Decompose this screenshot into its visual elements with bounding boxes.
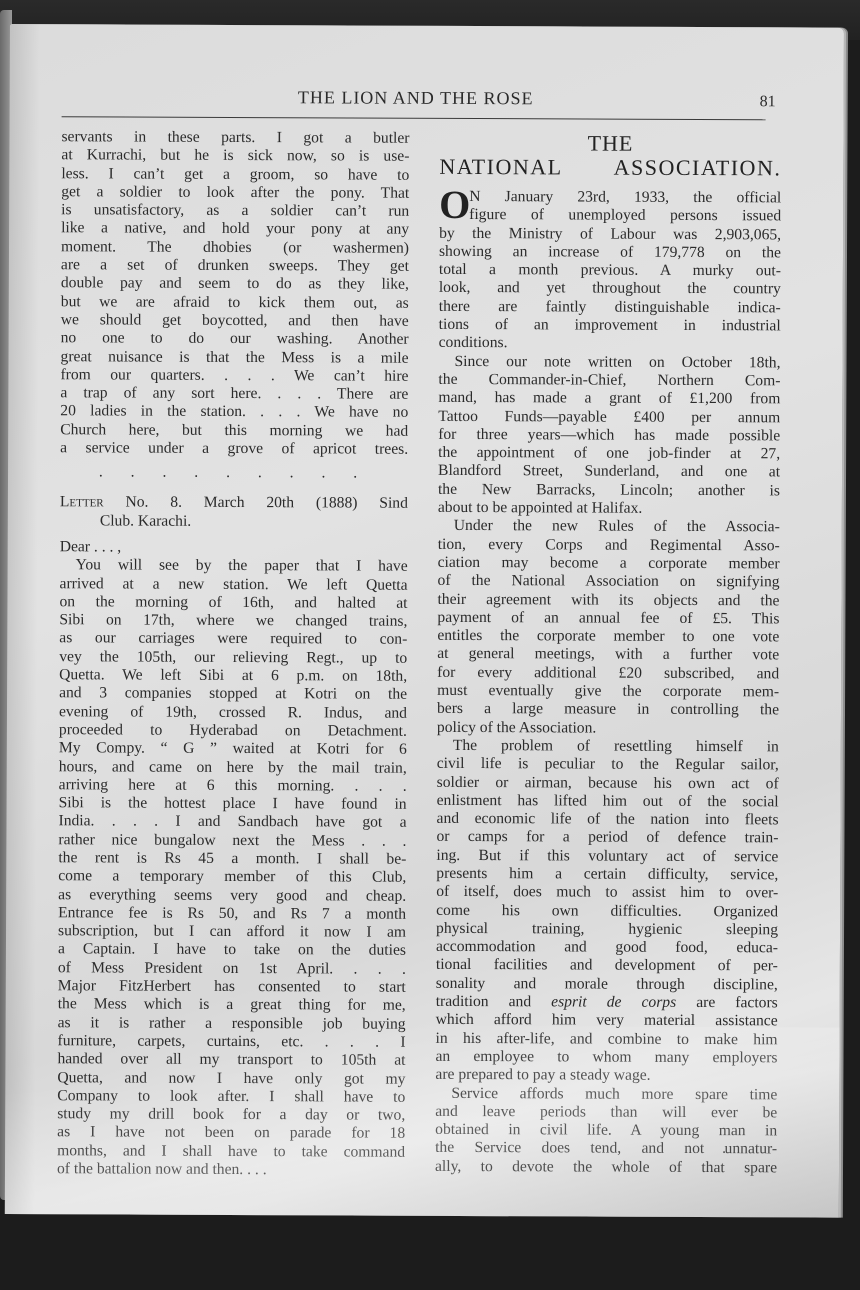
text-line: Since our note written on October 18th, bbox=[438, 353, 780, 373]
paragraph: Since our note written on October 18th, … bbox=[438, 353, 781, 519]
ink-speck bbox=[723, 1151, 725, 1153]
text-line: Church here, but this morning we had bbox=[60, 421, 408, 441]
page-number: 81 bbox=[760, 93, 776, 111]
text-line: Service affords much more spare time bbox=[435, 1084, 777, 1104]
text-line: from our quarters. . . . We can’t hire bbox=[60, 366, 408, 386]
text-line: their agreement with its objects and the bbox=[437, 590, 779, 610]
text-line: rather nice bungalow next the Mess . . . bbox=[58, 831, 406, 851]
text-line: arrived at a new station. We left Quetta bbox=[60, 575, 408, 595]
text-line: subscription, but I can afford it now I … bbox=[58, 922, 406, 942]
text-line: no one to do our washing. Another bbox=[61, 329, 409, 349]
article-title: THE NATIONAL ASSOCIATION. bbox=[439, 132, 781, 181]
text-line: Company to look after. I shall have to bbox=[57, 1087, 405, 1107]
text-line: physical training, hygienic sleeping bbox=[436, 920, 778, 940]
text-line: double pay and seem to do as they like, bbox=[61, 275, 409, 295]
letter-body-paragraph: You will see by the paper that I have ar… bbox=[57, 556, 408, 1180]
text-line: on the morning of 16th, and halted at bbox=[59, 593, 407, 613]
text-fragment: are factors bbox=[676, 994, 778, 1011]
text-line: figure of unemployed persons issued bbox=[439, 206, 781, 226]
text-line: a Captain. I have to take on the duties bbox=[58, 941, 406, 961]
text-line: but we are afraid to kick them out, as bbox=[61, 293, 409, 313]
text-line: handed over all my transport to 105th at bbox=[57, 1050, 405, 1070]
text-line: by the Ministry of Labour was 2,903,065, bbox=[439, 224, 781, 244]
letter-heading-line: Club. Karachi. bbox=[60, 512, 408, 532]
text-line: 20 ladies in the station. . . . We have … bbox=[60, 403, 408, 423]
text-line: as everything seems very good and cheap. bbox=[58, 886, 406, 906]
text-line: we should get boycotted, and then have bbox=[61, 311, 409, 331]
text-line: of Mess President on 1st April. . . . bbox=[58, 959, 406, 979]
text-line: come his own difficulties. Organized bbox=[436, 901, 778, 921]
magazine-page: THE LION AND THE ROSE 81 servants in the… bbox=[5, 24, 844, 1218]
text-line: at Kurrachi, but he is sick now, so is u… bbox=[61, 147, 409, 167]
text-fragment: tradition and bbox=[436, 993, 552, 1011]
text-line: of the National Association on signifyin… bbox=[438, 572, 780, 592]
text-line: come a temporary member of this Club, bbox=[58, 868, 406, 888]
text-line: mand, has made a grant of £1,200 from bbox=[438, 389, 780, 409]
text-line: policy of the Association. bbox=[437, 718, 779, 738]
text-line: ing. But if this voluntary act of servic… bbox=[436, 847, 778, 867]
text-line: look, and yet throughout the country bbox=[439, 279, 781, 299]
text-line: Sibi is the hottest place I have found i… bbox=[59, 794, 407, 814]
text-line: tional facilities and development of per… bbox=[436, 956, 778, 976]
text-line: are a set of drunken sweeps. They get bbox=[61, 256, 409, 276]
text-line: Entrance fee is Rs 50, and Rs 7 a month bbox=[58, 904, 406, 924]
text-line: moment. The dhobies (or washermen) bbox=[61, 238, 409, 258]
text-line: about to be appointed at Halifax. bbox=[438, 499, 780, 519]
text-line: less. I can’t get a groom, so have to bbox=[61, 165, 409, 185]
text-line: of itself, does much to assist him to ov… bbox=[436, 883, 778, 903]
text-line: obtained in civil life. A young man in bbox=[435, 1121, 777, 1141]
letter-continuation-paragraph: servants in these parts. I got a butler … bbox=[60, 128, 409, 459]
text-line: accommodation and good food, educa- bbox=[436, 938, 778, 958]
text-line: total a month previous. A murky out- bbox=[439, 261, 781, 281]
letter-heading: Letter No. 8. March 20th (1888) Sind Clu… bbox=[60, 494, 408, 532]
text-line: presents him a certain difficulty, servi… bbox=[436, 865, 778, 885]
text-line: get a soldier to look after the pony. Th… bbox=[61, 183, 409, 203]
text-line: hours, and came on here by the mail trai… bbox=[59, 758, 407, 778]
text-line: servants in these parts. I got a butler bbox=[61, 128, 409, 148]
text-line: an employee to whom many employers bbox=[435, 1048, 777, 1068]
text-line: months, and I shall have to take command bbox=[57, 1142, 405, 1162]
paragraph: Service affords much more spare time and… bbox=[435, 1084, 777, 1177]
article-title-line: THE bbox=[439, 132, 781, 155]
text-line: N January 23rd, 1933, the official bbox=[439, 188, 781, 208]
text-line: the Commander-in-Chief, Northern Com- bbox=[438, 371, 780, 391]
text-line: and leave periods than will ever be bbox=[435, 1103, 777, 1123]
text-line: a service under a grove of apricot trees… bbox=[60, 439, 408, 459]
text-line: payment of an annual fee of £5. This bbox=[437, 609, 779, 629]
text-line: Quetta, and now I have only got my bbox=[57, 1069, 405, 1089]
running-title: THE LION AND THE ROSE bbox=[62, 86, 770, 110]
text-line: showing an increase of 179,778 on the bbox=[439, 243, 781, 263]
letter-label: Letter bbox=[60, 494, 104, 511]
text-line: Tattoo Funds—payable £400 per annum bbox=[438, 407, 780, 427]
text-line: for every additional £20 subscribed, and bbox=[437, 664, 779, 684]
text-line: conditions. bbox=[439, 334, 781, 354]
text-line: at general meetings, with a further vote bbox=[437, 645, 779, 665]
text-line: ciation may become a corporate member bbox=[438, 554, 780, 574]
paragraph: Under the new Rules of the Associa- tion… bbox=[437, 517, 780, 738]
text-line: evening of 19th, crossed R. Indus, and bbox=[59, 703, 407, 723]
text-line: and 3 companies stopped at Kotri on the bbox=[59, 685, 407, 705]
text-line: India. . . . I and Sandbach have got a bbox=[58, 813, 406, 833]
text-line-with-italic: tradition and esprit de corps are factor… bbox=[436, 993, 778, 1013]
text-line: The problem of resettling himself in bbox=[437, 737, 779, 757]
text-line: tions of an improvement in industrial bbox=[439, 316, 781, 336]
drop-cap: O bbox=[439, 187, 470, 223]
text-line: bers a large measure in controlling the bbox=[437, 700, 779, 720]
text-line: civil life is peculiar to the Regular sa… bbox=[437, 755, 779, 775]
letter-heading-details: No. 8. March 20th (1888) Sind bbox=[104, 494, 408, 512]
salutation: Dear . . . , bbox=[60, 538, 408, 558]
text-line: vey the 105th, our relieving Regt., up t… bbox=[59, 648, 407, 668]
running-header: THE LION AND THE ROSE 81 bbox=[62, 86, 770, 115]
text-line: study my drill book for a day or two, bbox=[57, 1105, 405, 1125]
text-line: as it is rather a responsible job buying bbox=[58, 1014, 406, 1034]
text-line: there are faintly distinguishable indica… bbox=[439, 298, 781, 318]
article-title-line: NATIONAL ASSOCIATION. bbox=[439, 154, 781, 181]
text-line: You will see by the paper that I have bbox=[60, 556, 408, 576]
text-line: the appointment of one job-finder at 27, bbox=[438, 444, 780, 464]
text-line: Blandford Street, Sunderland, and one at bbox=[438, 462, 780, 482]
text-line: Quetta. We left Sibi at 6 p.m. on 18th, bbox=[59, 666, 407, 686]
text-line: are prepared to pay a steady wage. bbox=[435, 1066, 777, 1086]
text-line: sonality and morale through discipline, bbox=[436, 975, 778, 995]
text-line: a trap of any sort here. . . . There are bbox=[60, 384, 408, 404]
opening-paragraph: O N January 23rd, 1933, the official fig… bbox=[439, 188, 782, 354]
text-line: for three years—which has made possible bbox=[438, 426, 780, 446]
text-line: the rent is Rs 45 a month. I shall be- bbox=[58, 849, 406, 869]
text-line: in his after-life, and combine to make h… bbox=[436, 1030, 778, 1050]
text-line: My Compy. “ G ” waited at Kotri for 6 bbox=[59, 739, 407, 759]
text-line: of the battalion now and then. . . . bbox=[57, 1160, 405, 1180]
text-line: the New Barracks, Lincoln; another is bbox=[438, 481, 780, 501]
spine-shadow bbox=[5, 24, 40, 1214]
text-line: furniture, carpets, curtains, etc. . . .… bbox=[58, 1032, 406, 1052]
text-line: entitles the corporate member to one vot… bbox=[437, 627, 779, 647]
text-line: like a native, and hold your pony at any bbox=[61, 220, 409, 240]
text-line: Under the new Rules of the Associa- bbox=[438, 517, 780, 537]
right-column: THE NATIONAL ASSOCIATION. O N January 23… bbox=[435, 130, 782, 1178]
section-separator: . . . . . . . . . bbox=[60, 462, 408, 486]
text-line: or camps for a period of defence train- bbox=[436, 828, 778, 848]
text-line: as our carriages were required to con- bbox=[59, 630, 407, 650]
text-line: proceeded to Hyderabad on Detachment. bbox=[59, 721, 407, 741]
letter-heading-line: Letter No. 8. March 20th (1888) Sind bbox=[60, 494, 408, 514]
text-line: must eventually give the corporate mem- bbox=[437, 682, 779, 702]
header-rule bbox=[62, 116, 766, 120]
text-line: as I have not been on parade for 18 bbox=[57, 1124, 405, 1144]
text-line: Sibi on 17th, where we changed trains, bbox=[59, 611, 407, 631]
left-column: servants in these parts. I got a butler … bbox=[57, 128, 410, 1180]
text-line: Major FitzHerbert has consented to start bbox=[58, 977, 406, 997]
paragraph: The problem of resettling himself in civ… bbox=[435, 737, 779, 1086]
text-line: the Mess which is a great thing for me, bbox=[58, 996, 406, 1016]
text-line: soldier or airman, because his own act o… bbox=[437, 773, 779, 793]
text-line: great nuisance is that the Mess is a mil… bbox=[61, 348, 409, 368]
text-line: ally, to devote the whole of that spare bbox=[435, 1158, 777, 1178]
text-line: arriving here at 6 this morning. . . . bbox=[59, 776, 407, 796]
text-line: and economic life of the nation into fle… bbox=[436, 810, 778, 830]
text-line: tion, every Corps and Regimental Asso- bbox=[438, 536, 780, 556]
text-line: which afford him very material assistanc… bbox=[436, 1011, 778, 1031]
text-line: is unsatisfactory, as a soldier can’t ru… bbox=[61, 201, 409, 221]
text-line: the Service does tend, and not unnatur- bbox=[435, 1139, 777, 1159]
italic-phrase: esprit de corps bbox=[551, 993, 676, 1011]
text-line: enlistment has lifted him out of the soc… bbox=[437, 792, 779, 812]
